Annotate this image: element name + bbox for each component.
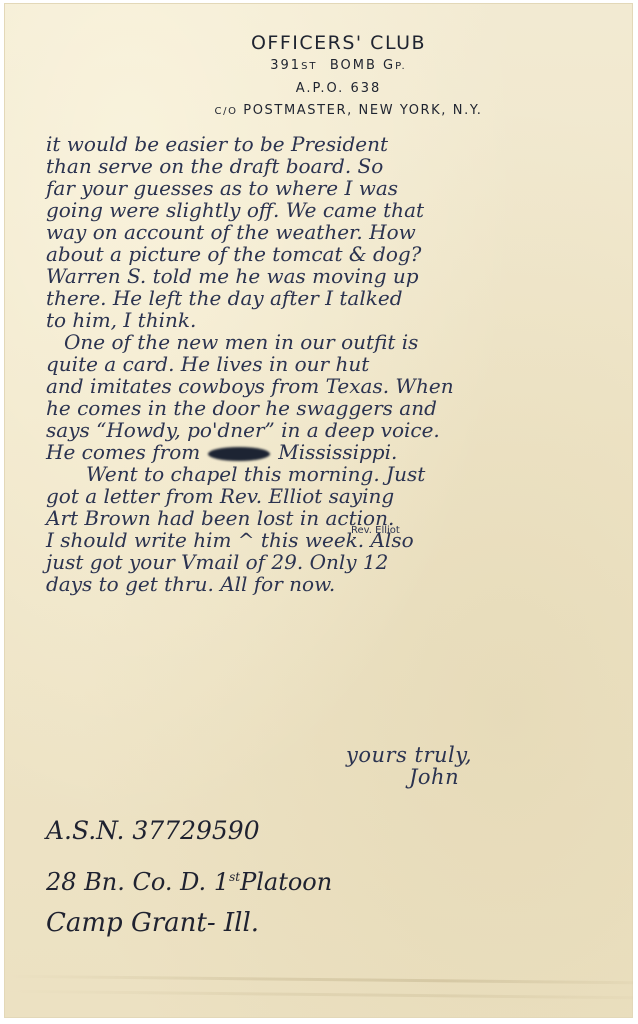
letter-signature: John bbox=[409, 765, 459, 789]
postmaster-address: POSTMASTER, NEW YORK, N.Y. bbox=[243, 103, 482, 118]
letter-line: than serve on the draft board. So bbox=[46, 155, 636, 177]
caret-mark: ^ bbox=[231, 528, 260, 552]
letter-line: He comes fromMississippi. bbox=[46, 441, 636, 463]
letterhead-unit: 391ST BOMB GP. bbox=[44, 55, 633, 78]
letter-line: about a picture of the tomcat & dog? bbox=[46, 243, 636, 265]
letter-line: just got your Vmail of 29. Only 12 bbox=[46, 551, 636, 573]
unit-name: BOMB G bbox=[330, 58, 395, 73]
address-camp: Camp Grant- Ill. bbox=[46, 900, 332, 946]
letter-line: Rev. Elliot I should write him ^ this we… bbox=[46, 529, 636, 551]
letter-text: He comes from bbox=[46, 440, 200, 464]
letter-closing: yours truly, bbox=[346, 743, 472, 767]
postmaster-prefix: C/O bbox=[215, 106, 238, 117]
unit-platoon: Platoon bbox=[240, 868, 332, 896]
unit-ordinal: st bbox=[229, 870, 240, 884]
letter-line: going were slightly off. We came that bbox=[46, 199, 636, 221]
letter-text: Mississippi. bbox=[278, 440, 397, 464]
paper-crease bbox=[4, 990, 633, 1000]
letter-line: way on account of the weather. How bbox=[46, 221, 636, 243]
letter-body: it would be easier to be President than … bbox=[46, 133, 636, 595]
letter-line: days to get thru. All for now. bbox=[46, 573, 636, 595]
letter-line: quite a card. He lives in our hut bbox=[46, 353, 636, 375]
paper-crease bbox=[4, 975, 633, 985]
letter-line: he comes in the door he swaggers and bbox=[46, 397, 636, 419]
insertion-note: Rev. Elliot bbox=[351, 520, 400, 542]
unit-prefix: 28 Bn. Co. D. 1 bbox=[46, 868, 229, 896]
letter-line: got a letter from Rev. Elliot saying bbox=[46, 485, 636, 507]
letter-line: Art Brown had been lost in action. bbox=[46, 507, 636, 529]
letterhead: OFFICERS' CLUB 391ST BOMB GP. A.P.O. 638… bbox=[4, 31, 633, 123]
letter-line: One of the new men in our outfit is bbox=[46, 331, 636, 353]
letter-line: Went to chapel this morning. Just bbox=[46, 463, 636, 485]
letter-line: Warren S. told me he was moving up bbox=[46, 265, 636, 287]
unit-number: 391 bbox=[270, 58, 301, 73]
letter-line: to him, I think. bbox=[46, 309, 636, 331]
letter-line: says “Howdy, po'dner” in a deep voice. bbox=[46, 419, 636, 441]
address-unit: 28 Bn. Co. D. 1stPlatoon bbox=[46, 854, 332, 900]
letterhead-title: OFFICERS' CLUB bbox=[44, 31, 633, 55]
return-address: A.S.N. 37729590 28 Bn. Co. D. 1stPlatoon… bbox=[46, 808, 332, 946]
letter-line: and imitates cowboys from Texas. When bbox=[46, 375, 636, 397]
unit-name-suffix: P. bbox=[395, 61, 407, 72]
address-asn: A.S.N. 37729590 bbox=[46, 808, 332, 854]
unit-suffix: ST bbox=[301, 61, 317, 72]
letter-paper: OFFICERS' CLUB 391ST BOMB GP. A.P.O. 638… bbox=[4, 3, 633, 1018]
letter-line: there. He left the day after I talked bbox=[46, 287, 636, 309]
ink-blot bbox=[208, 447, 270, 461]
letter-line: far your guesses as to where I was bbox=[46, 177, 636, 199]
letter-line: it would be easier to be President bbox=[46, 133, 636, 155]
letter-text: I should write him bbox=[46, 528, 231, 552]
letterhead-postmaster: C/O POSTMASTER, NEW YORK, N.Y. bbox=[64, 100, 633, 123]
letterhead-apo: A.P.O. 638 bbox=[44, 78, 633, 100]
